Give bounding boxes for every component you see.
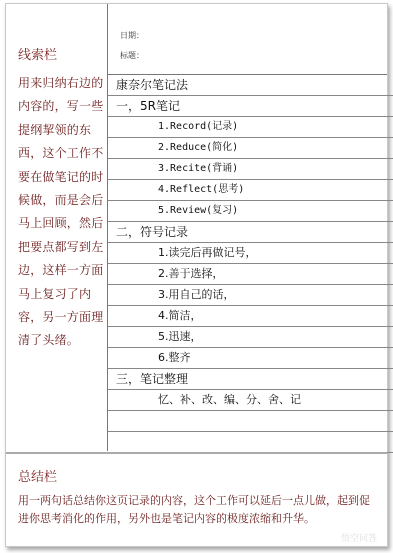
title-label: 标题： (120, 50, 144, 61)
note-item-row: 5.Review(复习) (108, 201, 393, 222)
summary-section: 总结栏 用一两句话总结你这页记录的内容，这个工作可以延后一点儿做，起到促进你思考… (6, 452, 387, 548)
note-item-row: 4.简洁， (108, 306, 393, 327)
note-item-row: 4.Reflect(思考) (108, 180, 393, 201)
notes-header: 日期： 标题： (108, 4, 387, 75)
cue-column-title: 线索栏 (18, 44, 57, 63)
cornell-note-page: 线索栏 用来归纳右边的内容的，写一些提纲挈领的东西，这个工作不要在做笔记的时候做… (5, 3, 388, 547)
summary-body: 用一两句话总结你这页记录的内容，这个工作可以延后一点儿做，起到促进你思考消化的作… (18, 492, 380, 528)
note-item-row (108, 432, 393, 453)
section-heading-row: 二，符号记录 (108, 222, 393, 243)
note-item-row: 1.Record(记录) (108, 117, 393, 138)
section-heading-row: 一，5R笔记 (108, 96, 393, 117)
section-heading-row: 三，笔记整理 (108, 369, 393, 390)
watermark: 悟空问答 (341, 531, 377, 544)
notes-column: 日期： 标题： 康奈尔笔记法一，5R笔记1.Record(记录)2.Reduce… (108, 4, 387, 451)
cue-column-body: 用来归纳右边的内容的，写一些提纲挈领的东西，这个工作不要在做笔记的时候做，而是会… (18, 72, 104, 353)
summary-title: 总结栏 (18, 466, 57, 485)
note-item-row (108, 411, 393, 432)
note-item-row: 2.Reduce(简化) (108, 138, 393, 159)
note-item-row: 忆、补、改、编、分、舍、记 (108, 390, 393, 411)
note-item-row: 2.善于选择， (108, 264, 393, 285)
section-heading-row: 康奈尔笔记法 (108, 75, 393, 96)
note-item-row: 1.读完后再做记号， (108, 243, 393, 264)
note-item-row: 6.整齐 (108, 348, 393, 369)
cue-column: 线索栏 用来归纳右边的内容的，写一些提纲挈领的东西，这个工作不要在做笔记的时候做… (6, 4, 108, 451)
date-label: 日期： (120, 30, 144, 41)
note-item-row: 3.Recite(背诵) (108, 159, 393, 180)
note-item-row: 3.用自己的话， (108, 285, 393, 306)
note-item-row: 5.迅速， (108, 327, 393, 348)
